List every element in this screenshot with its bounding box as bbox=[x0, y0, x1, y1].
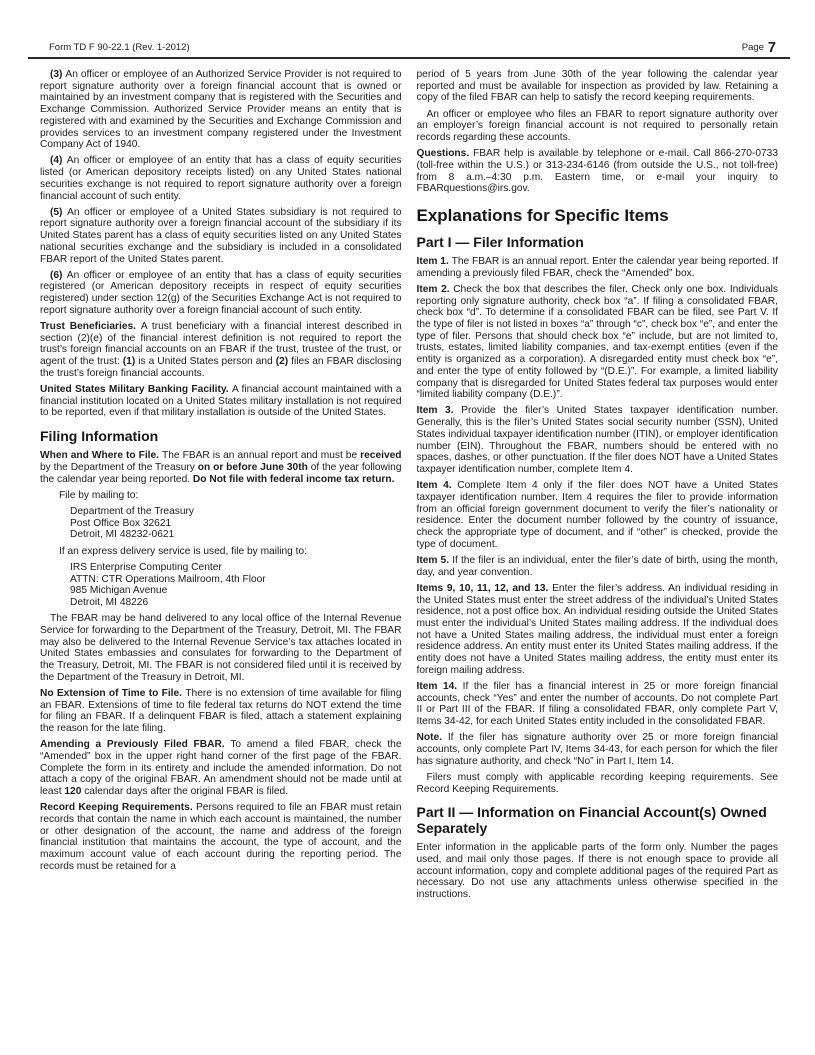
para-amending-fbar: Amending a Previously Filed FBAR. To ame… bbox=[40, 739, 402, 798]
header-rule bbox=[28, 57, 790, 59]
page-number-value: 7 bbox=[768, 43, 776, 53]
address-department-of-treasury: Department of the TreasuryPost Office Bo… bbox=[70, 506, 402, 541]
para-file-by-mailing: File by mailing to: bbox=[59, 490, 402, 502]
para-item-5: Item 5. If the filer is an individual, e… bbox=[417, 555, 779, 578]
para-item-1: Item 1. The FBAR is an annual report. En… bbox=[417, 256, 779, 279]
page-number: Page 7 bbox=[742, 42, 776, 53]
para-part-2-body: Enter information in the applicable part… bbox=[417, 842, 779, 901]
form-number: Form TD F 90-22.1 (Rev. 1-2012) bbox=[49, 42, 190, 53]
para-items-9-10-11-12-13: Items 9, 10, 11, 12, and 13. Enter the f… bbox=[417, 583, 779, 677]
document-page: Form TD F 90-22.1 (Rev. 1-2012) Page 7 (… bbox=[0, 0, 815, 1055]
heading-part-2-accounts-owned-separately: Part II — Information on Financial Accou… bbox=[417, 804, 779, 836]
para-hand-delivery: The FBAR may be hand delivered to any lo… bbox=[40, 613, 402, 683]
para-record-retention-period: period of 5 years from June 30th of the … bbox=[417, 69, 779, 104]
left-column: (3) An officer or employee of an Authori… bbox=[40, 69, 402, 905]
para-filers-must-comply: Filers must comply with applicable recor… bbox=[417, 772, 779, 795]
para-military-banking-facility: United States Military Banking Facility.… bbox=[40, 384, 402, 419]
para-when-and-where-to-file: When and Where to File. The FBAR is an a… bbox=[40, 450, 402, 485]
para-officer-employee-records: An officer or employee who files an FBAR… bbox=[417, 109, 779, 144]
para-express-delivery: If an express delivery service is used, … bbox=[59, 546, 402, 558]
para-exception-5: (5) An officer or employee of a United S… bbox=[40, 207, 402, 266]
address-irs-computing-center: IRS Enterprise Computing CenterATTN: CTR… bbox=[70, 562, 402, 609]
two-column-body: (3) An officer or employee of an Authori… bbox=[40, 69, 778, 905]
para-exception-4: (4) An officer or employee of an entity … bbox=[40, 155, 402, 202]
right-column: period of 5 years from June 30th of the … bbox=[417, 69, 779, 905]
page-label: Page bbox=[742, 42, 764, 53]
para-record-keeping-requirements: Record Keeping Requirements. Persons req… bbox=[40, 802, 402, 872]
para-exception-3: (3) An officer or employee of an Authori… bbox=[40, 69, 402, 151]
para-note: Note. If the filer has signature authori… bbox=[417, 732, 779, 767]
heading-explanations-for-specific-items: Explanations for Specific Items bbox=[417, 206, 779, 225]
para-item-3: Item 3. Provide the filer’s United State… bbox=[417, 405, 779, 475]
para-trust-beneficiaries: Trust Beneficiaries. A trust beneficiary… bbox=[40, 321, 402, 380]
para-no-extension: No Extension of Time to File. There is n… bbox=[40, 688, 402, 735]
heading-filing-information: Filing Information bbox=[40, 428, 402, 444]
para-exception-6: (6) An officer or employee of an entity … bbox=[40, 270, 402, 317]
page-header: Form TD F 90-22.1 (Rev. 1-2012) Page 7 bbox=[40, 42, 778, 53]
para-item-4: Item 4. Complete Item 4 only if the file… bbox=[417, 480, 779, 550]
para-questions: Questions. FBAR help is available by tel… bbox=[417, 148, 779, 195]
para-item-14: Item 14. If the filer has a financial in… bbox=[417, 681, 779, 728]
para-item-2: Item 2. Check the box that describes the… bbox=[417, 284, 779, 401]
heading-part-1-filer-information: Part I — Filer Information bbox=[417, 234, 779, 250]
